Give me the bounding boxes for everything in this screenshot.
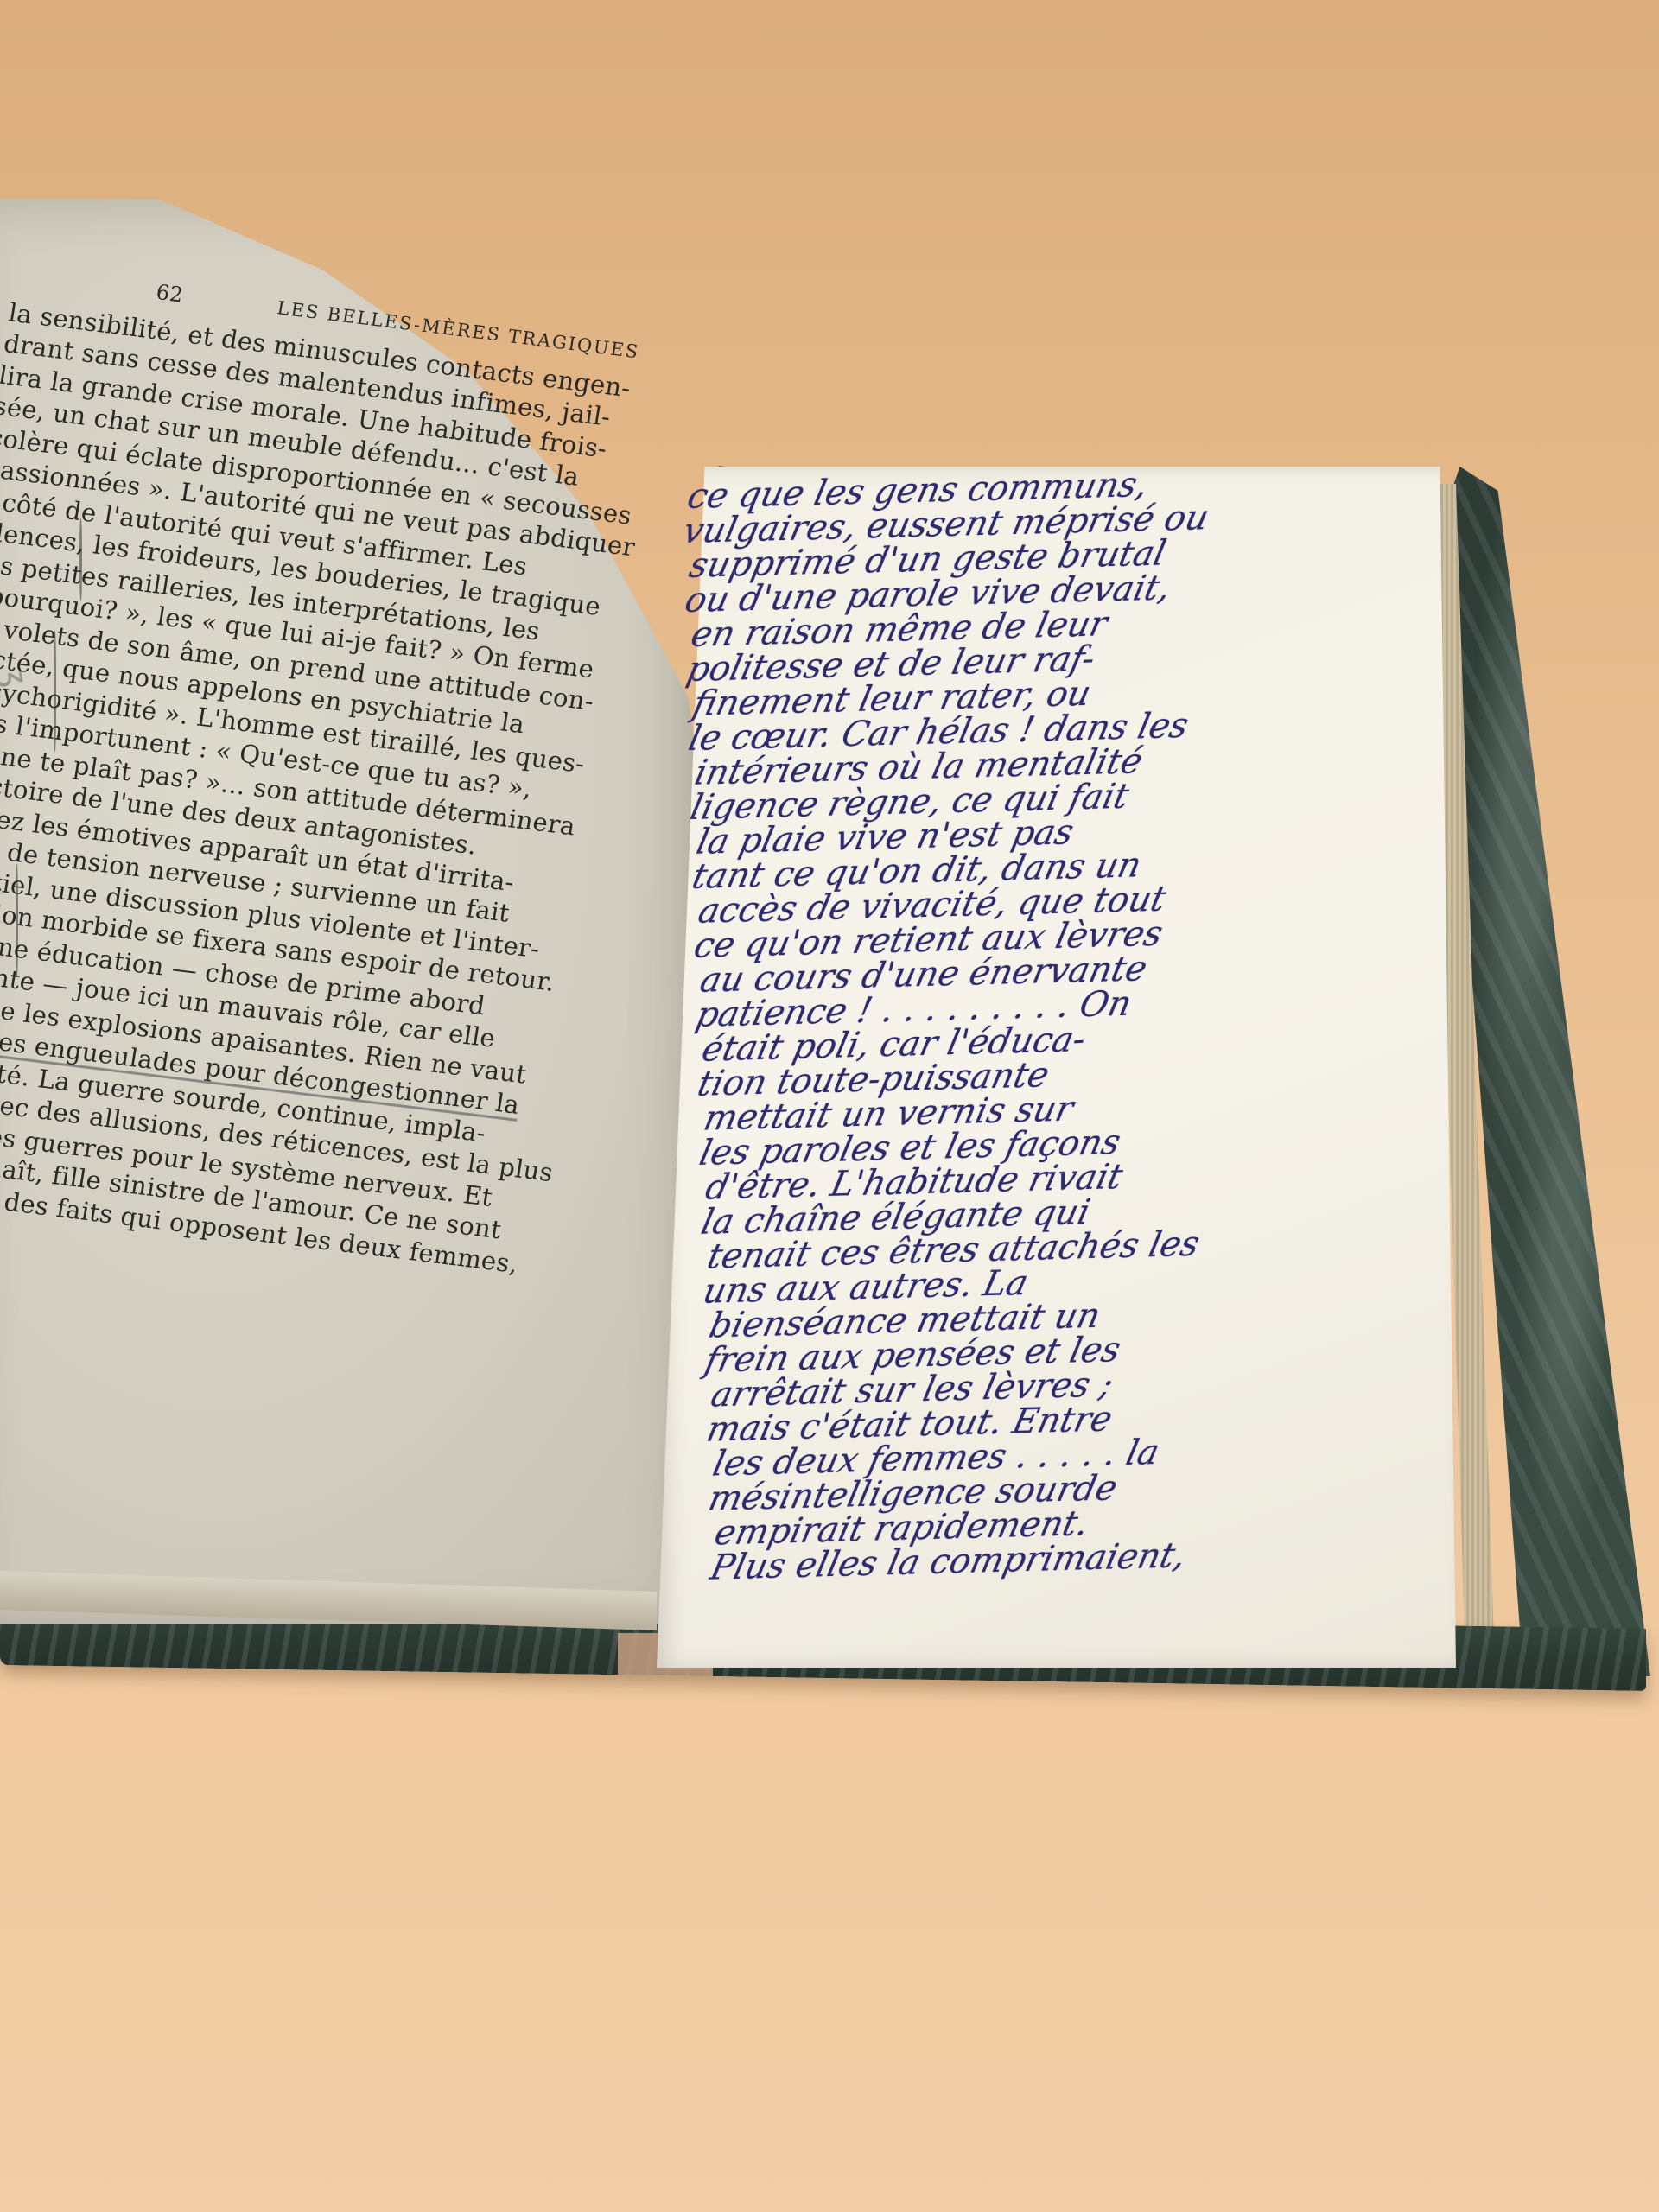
photo-scene: ʒ 62 LES BELLES-MÈRES TRAGIQUES la sensi… — [0, 0, 1659, 2212]
handwritten-text-block: ce que les gens communs, vulgaires, euss… — [683, 459, 1489, 1585]
page-number: 62 — [154, 276, 186, 311]
